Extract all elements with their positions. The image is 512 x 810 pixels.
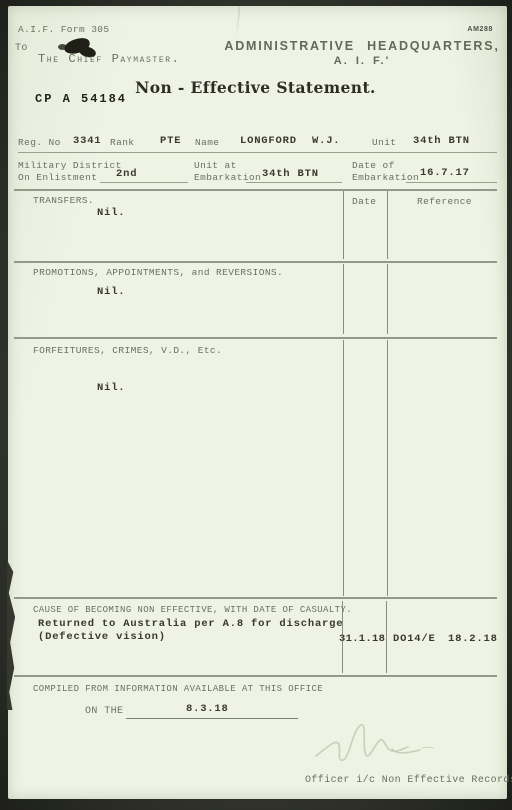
cause-entry-line1: Returned to Australia per A.8 for discha… [38, 618, 343, 630]
cause-reference-value: DO14/E [393, 633, 436, 645]
field-underline [18, 152, 497, 153]
date-column-line [343, 191, 344, 259]
section-divider [14, 261, 497, 263]
date-column-line [343, 340, 344, 596]
cause-reference-date: 18.2.18 [448, 633, 498, 645]
initials-value: W.J. [312, 135, 340, 147]
forfeitures-label: FORFEITURES, CRIMES, V.D., Etc. [33, 345, 222, 356]
date-column-line [342, 601, 343, 673]
name-label: Name [195, 137, 219, 148]
cause-entry-line2: (Defective vision) [38, 631, 166, 643]
military-district-value: 2nd [116, 168, 137, 180]
name-value: LONGFORD [240, 135, 297, 147]
section-divider [14, 597, 497, 599]
form-number: A.I.F. Form 305 [18, 24, 110, 35]
compiled-date-value: 8.3.18 [186, 703, 229, 715]
date-underline [126, 718, 298, 719]
page-title: Non - Effective Statement. [103, 78, 408, 97]
org-abbr: A. I. F.' [218, 55, 506, 67]
date-embark-label-2: Embarkation [352, 172, 419, 183]
promotions-label: PROMOTIONS, APPOINTMENTS, and REVERSIONS… [33, 267, 283, 278]
forfeitures-entry: Nil. [97, 382, 125, 394]
cause-date-value: 31.1.18 [339, 633, 385, 645]
section-divider [14, 337, 497, 339]
rank-value: PTE [160, 135, 181, 147]
addressee: The Chief Paymaster. [38, 52, 180, 66]
cause-label: CAUSE OF BECOMING NON EFFECTIVE, WITH DA… [33, 605, 352, 615]
paper-crease [235, 6, 240, 38]
date-column-line [343, 264, 344, 334]
section-divider [14, 189, 497, 191]
document-page: A.I.F. Form 305 AM288 To The Chief Payma… [8, 6, 507, 799]
reference-column-line [386, 601, 387, 673]
unit-embark-label-1: Unit at [194, 160, 237, 171]
reference-column-header: Reference [417, 196, 472, 207]
reg-no-value: 3341 [73, 135, 101, 147]
reg-no-label: Reg. No [18, 137, 61, 148]
officer-title: Officer i/c Non Effective Records. [305, 775, 512, 786]
compiled-statement: COMPILED FROM INFORMATION AVAILABLE AT T… [33, 684, 323, 694]
transfers-label: TRANSFERS. [33, 195, 94, 206]
file-stamp: CP A 54184 [35, 92, 127, 106]
date-embark-value: 16.7.17 [420, 167, 470, 179]
reference-column-line [387, 191, 388, 259]
on-the-label: ON THE [85, 706, 123, 717]
promotions-entry: Nil. [97, 286, 125, 298]
military-district-label-2: On Enlistment [18, 172, 97, 183]
transfers-entry: Nil. [97, 207, 125, 219]
unit-label: Unit [372, 137, 396, 148]
reference-column-line [387, 264, 388, 334]
date-embark-label-1: Date of [352, 160, 395, 171]
military-district-label-1: Military District [18, 160, 122, 171]
date-column-header: Date [352, 196, 376, 207]
reference-column-line [387, 340, 388, 596]
field-underline [100, 182, 188, 183]
signature [300, 716, 455, 774]
unit-embark-value: 34th BTN [262, 168, 319, 180]
field-underline [406, 182, 497, 183]
print-code: AM288 [467, 26, 493, 33]
unit-value: 34th BTN [413, 135, 470, 147]
to-label: To [15, 43, 28, 54]
org-name: ADMINISTRATIVE HEADQUARTERS, [218, 39, 506, 53]
unit-embark-label-2: Embarkation [194, 172, 261, 183]
section-divider [14, 675, 497, 677]
photographed-document: A.I.F. Form 305 AM288 To The Chief Payma… [0, 0, 512, 810]
rank-label: Rank [110, 137, 134, 148]
